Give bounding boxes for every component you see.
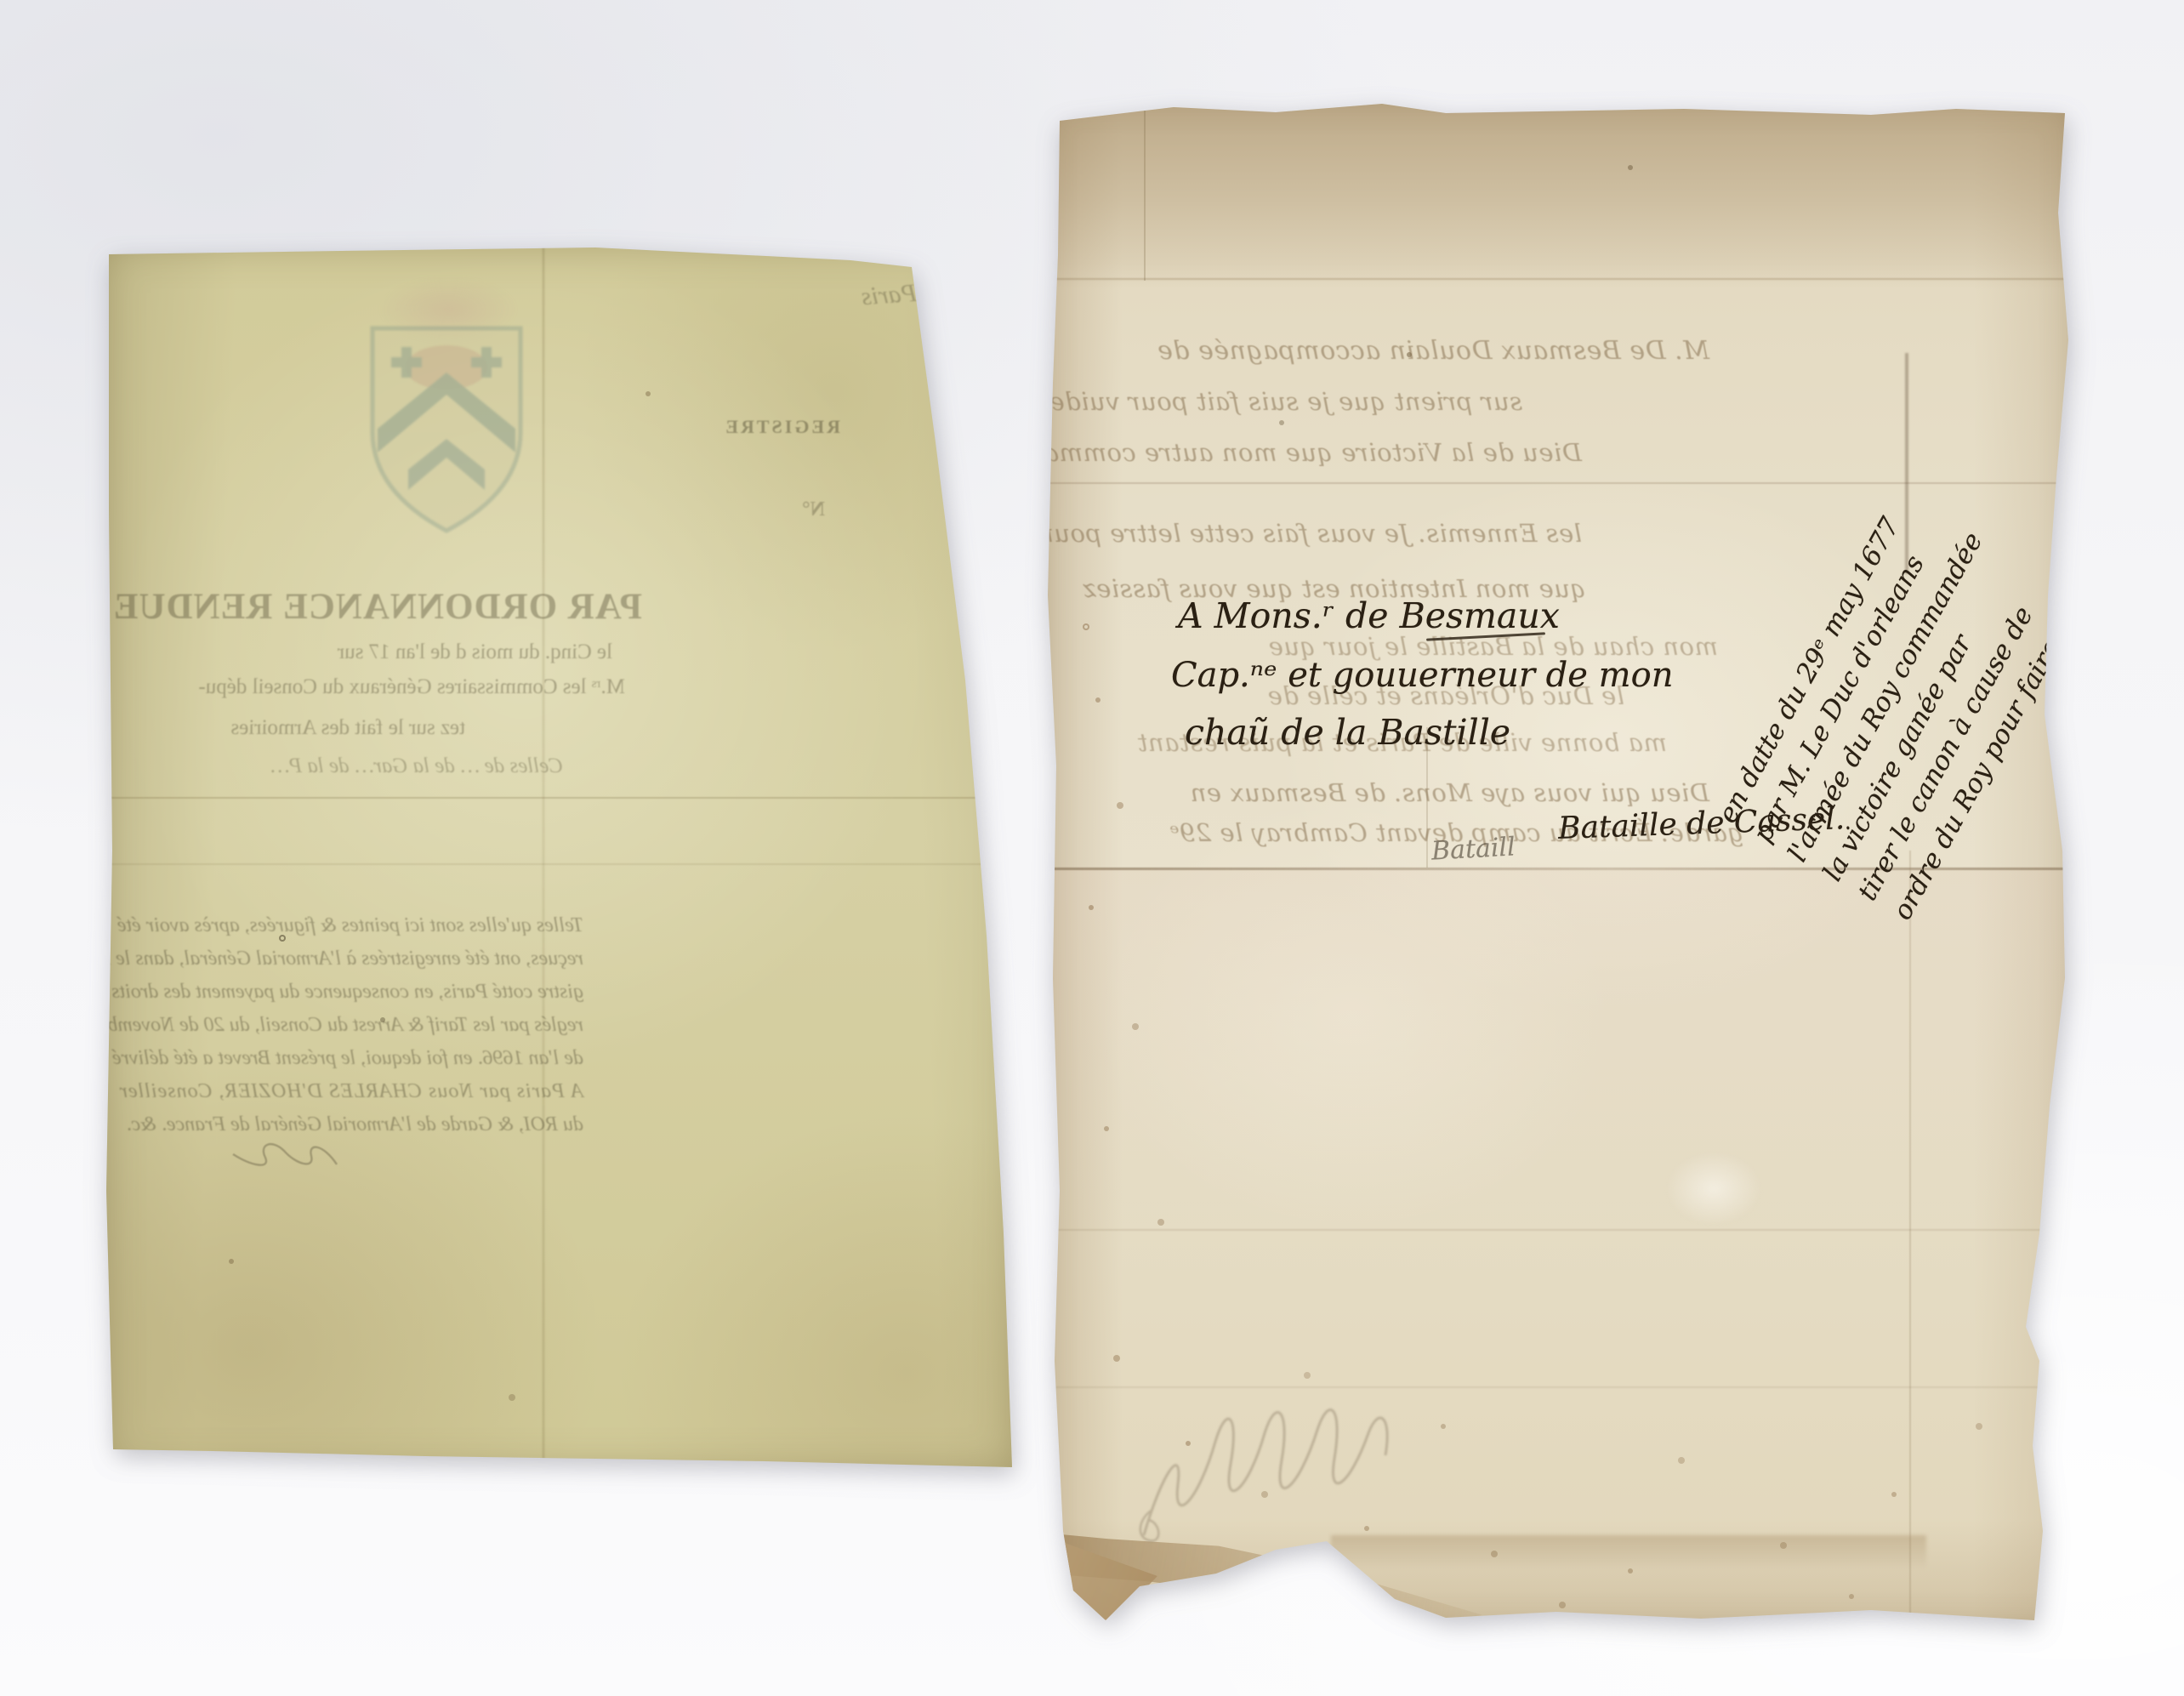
left-document-wrap: Paris REGISTRE N° PAR ORDONNANCE RENDUE … — [104, 246, 1015, 1471]
bleed-line: les Ennemis. Je vous fais cette lettre p… — [1097, 519, 1582, 548]
number-label: N° — [723, 498, 825, 521]
pale-stain — [1650, 1140, 1777, 1238]
crest-ghost-smudge — [350, 263, 546, 356]
vertical-crease-top — [1144, 111, 1146, 281]
bleed-line: Dieu qui vous aye Mons. de Besmaux en — [1114, 778, 1709, 807]
foxing-spots — [1084, 625, 1088, 629]
lower-chevron-charge — [408, 439, 485, 490]
ordinance-line-2: M.ʳˢ les Commissaires Généraux du Consei… — [230, 675, 625, 699]
ordinance-line-1: le Cinq. du mois d de l'an 17 sur — [213, 640, 612, 664]
photo-of-two-antique-documents: Paris REGISTRE N° PAR ORDONNANCE RENDUE … — [0, 0, 2184, 1696]
docket-fragment: Bataill — [1430, 832, 1516, 866]
rotated-docket-block: en datte du 29ᵉ may 1677 par M. Le Duc d… — [1709, 462, 2125, 936]
address-line-title: Cap.ⁿᵉ et gouuerneur de mon — [1171, 656, 1673, 695]
ink-specks — [281, 936, 284, 940]
brevet-paragraph-line: reglés par les Tarif & Arrest du Conseil… — [179, 1014, 583, 1037]
bottom-edge-shading — [1331, 1535, 1926, 1569]
horizontal-fold-crease — [104, 797, 1015, 799]
brevet-paragraph-line: A Paris par Nous CHARLES D'HOZIER, Conse… — [179, 1080, 583, 1103]
brevet-paragraph-line: Telles qu'elles sont ici peintes & figur… — [179, 914, 583, 937]
horizontal-fold-crease-faint — [104, 863, 1015, 865]
ghost-scrawl — [1127, 1382, 1416, 1552]
ordinance-line-4: Celles de … de la Gar… de la P… — [155, 754, 563, 778]
registre-label: REGISTRE — [721, 416, 840, 438]
ordinance-line-3: tez sur le fait des Armoiries — [261, 716, 465, 740]
bleed-line: M. De Besmaux Doulain accompagnée de — [1106, 336, 1709, 366]
chevron-charge — [378, 373, 515, 452]
ordinance-title: PAR ORDONNANCE RENDUE — [207, 586, 642, 628]
bleed-line: sur prient que je suis fait pour vuider — [1080, 387, 1522, 416]
bleed-line: Dieu de la Victoire que mon autre comman… — [1106, 438, 1582, 467]
brevet-paragraph-line: reçues, ont été enregistrées à l'Armoria… — [179, 948, 583, 970]
brevet-paragraph-line: de l'an 1696. en foi dequoi, le présent … — [179, 1047, 583, 1070]
corner-script-paris: Paris — [814, 279, 918, 315]
address-line-place: chaũ de la Bastille — [1185, 712, 1510, 753]
right-document: M. De Besmaux Doulain accompagnée de sur… — [1042, 98, 2075, 1629]
right-document-wrap: M. De Besmaux Doulain accompagnée de sur… — [1042, 98, 2075, 1629]
brevet-paragraph-line: gistre cotté Paris, en consequence du pa… — [179, 981, 583, 1004]
address-line-recipient: A Mons.ʳ de Besmaux — [1178, 595, 1560, 636]
brevet-paragraph-line: du ROI, & Garde de l'Armorial Général de… — [179, 1113, 583, 1136]
fold-crease-faint — [1042, 1229, 2075, 1231]
paraph-squiggle — [230, 1135, 340, 1176]
vertical-fold-crease — [543, 246, 544, 1471]
fold-crease-faint — [1042, 1386, 2075, 1388]
top-fold-crease — [1042, 278, 2075, 280]
left-document: Paris REGISTRE N° PAR ORDONNANCE RENDUE … — [104, 246, 1015, 1471]
